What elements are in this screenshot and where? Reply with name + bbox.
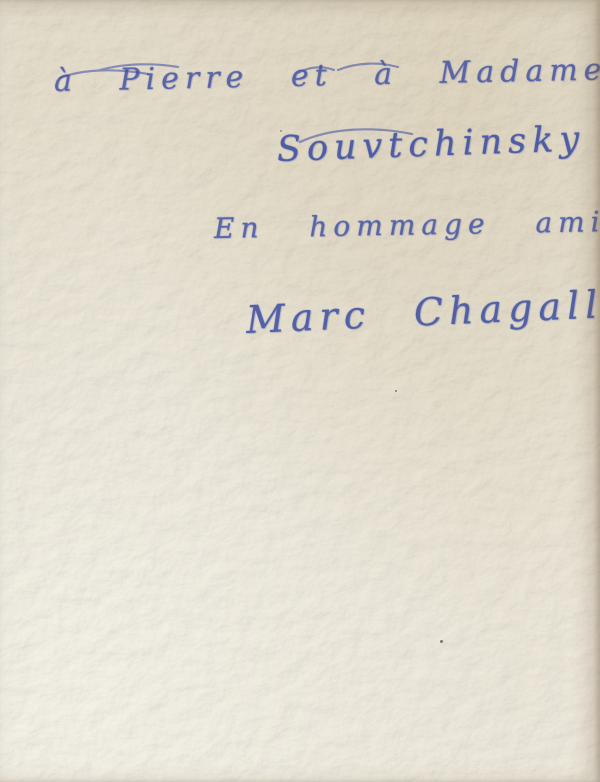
ink-flourish-strokes: [0, 0, 600, 782]
inscription-signature: Marc Chagall: [245, 282, 600, 342]
paper-page: à Pierre et à Madame Souvtchinsky En hom…: [0, 0, 600, 782]
inscription-line-surname: Souvtchinsky: [276, 119, 585, 170]
inscription: à Pierre et à Madame Souvtchinsky En hom…: [0, 0, 600, 782]
inscription-line-hommage: En hommage amical: [214, 204, 600, 245]
inscription-line-dedication: à Pierre et à Madame: [54, 52, 600, 99]
